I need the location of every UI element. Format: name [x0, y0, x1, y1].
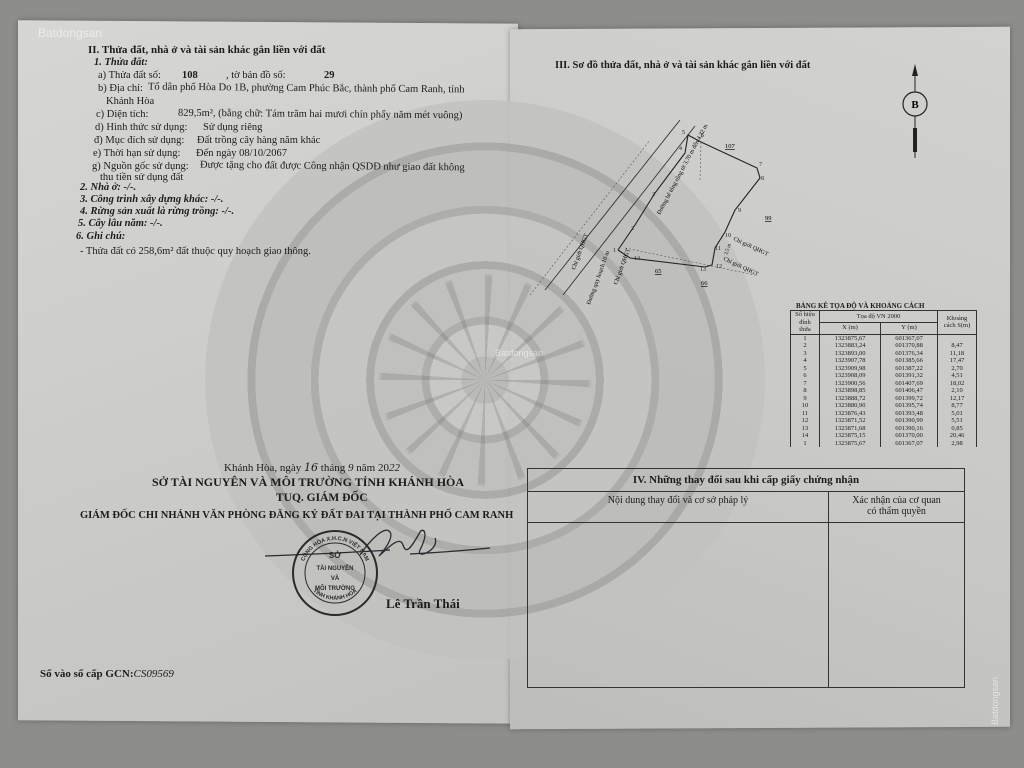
changes-col-content: Nội dung thay đổi và cơ sở pháp lý	[528, 492, 829, 522]
date-month-label: tháng	[321, 462, 345, 474]
col-x: X (m)	[820, 322, 881, 334]
term-value: Đến ngày 08/10/2067	[196, 148, 287, 160]
changes-content-cell[interactable]	[528, 523, 829, 687]
date-day: 16	[304, 461, 318, 474]
forest-item: 4. Rừng sản xuất là rừng trồng: -/-.	[80, 206, 234, 218]
address-label: b) Địa chỉ:	[98, 83, 143, 95]
date-year-label: năm 20	[356, 462, 389, 474]
coord-row: 111323876,43601393,485,01	[791, 410, 977, 418]
date-year: 22	[389, 462, 400, 474]
date-prefix: Khánh Hòa, ngày	[224, 462, 301, 474]
svg-text:8: 8	[761, 176, 764, 182]
note-item: - Thửa đất có 258,6m² đất thuộc quy hoạc…	[80, 246, 311, 258]
house-item: 2. Nhà ở: -/-.	[80, 182, 136, 194]
coord-row: 81323898,85601406,472,10	[791, 387, 977, 395]
term-label: e) Thời hạn sử dụng:	[93, 148, 180, 160]
confirm-line1: Xác nhận của cơ quan	[852, 495, 941, 506]
col-y: Y (m)	[881, 322, 938, 334]
svg-text:12: 12	[716, 264, 722, 270]
section4-title: IV. Những thay đổi sau khi cấp giấy chứn…	[528, 469, 964, 492]
svg-text:7: 7	[759, 162, 762, 168]
svg-text:1: 1	[613, 248, 616, 254]
coord-row: 11323875,67601367,072,98	[791, 440, 977, 448]
use-form-value: Sử dụng riêng	[203, 122, 262, 134]
map-sheet-label: , tờ bản đồ số:	[226, 70, 286, 82]
svg-text:Chỉ giới QHGT: Chỉ giới QHGT	[571, 233, 590, 271]
svg-text:107: 107	[725, 143, 736, 150]
changes-confirmation-cell[interactable]	[829, 523, 964, 687]
area-value: 829,5m², (bằng chữ: Tám trăm hai mươi ch…	[178, 108, 462, 122]
parcel-number: 108	[182, 70, 198, 82]
signing-place-date: Khánh Hòa, ngày 16 tháng 9 năm 2022	[224, 462, 400, 474]
coord-row: 71323900,56601407,6918,02	[791, 380, 977, 388]
coord-row: 91323888,72601399,7212,17	[791, 395, 977, 403]
svg-text:13: 13	[700, 267, 706, 273]
coord-row: 31323893,00601376,3411,18	[791, 350, 977, 358]
coord-row: 101323880,90601395,748,77	[791, 402, 977, 410]
changes-col-confirmation: Xác nhận của cơ quancó thẩm quyền	[829, 492, 964, 522]
date-month: 9	[348, 462, 354, 474]
purpose-value: Đất trồng cây hàng năm khác	[197, 135, 320, 147]
registry-number: Số vào sổ cấp GCN:CS09569	[40, 668, 174, 680]
coord-row: 21323883,24601370,888,47	[791, 342, 977, 350]
purpose-label: đ) Mục đích sử dụng:	[94, 135, 184, 147]
area-label: c) Diện tích:	[96, 109, 148, 121]
land-heading: 1. Thửa đất:	[94, 57, 148, 69]
svg-text:5: 5	[682, 130, 685, 136]
svg-text:9: 9	[738, 208, 741, 214]
svg-text:MÔI TRƯỜNG: MÔI TRƯỜNG	[315, 584, 355, 592]
coord-row: 61323908,09601391,324,51	[791, 372, 977, 380]
changes-table: IV. Những thay đổi sau khi cấp giấy chứn…	[527, 468, 965, 688]
watermark-logo-topleft: Batdongsan	[38, 26, 102, 40]
perennial-item: 5. Cây lâu năm: -/-.	[78, 218, 163, 230]
map-sheet-number: 29	[324, 70, 335, 82]
confirm-line2: có thẩm quyền	[867, 506, 926, 517]
address-line2: Khánh Hòa	[106, 96, 154, 108]
parcel-diagram: 1234567891011121314 Đường bê tông rộng t…	[555, 120, 815, 320]
svg-text:4: 4	[679, 146, 682, 152]
col-distance: Khoảng cách S(m)	[938, 311, 977, 335]
svg-text:Đường quy hoạch 10 m: Đường quy hoạch 10 m	[586, 250, 611, 306]
use-form-label: d) Hình thức sử dụng:	[95, 122, 187, 134]
svg-text:11: 11	[715, 246, 721, 252]
col-point: Số hiệu đỉnh thửa	[791, 311, 820, 335]
svg-text:Chỉ giới QHGT: Chỉ giới QHGT	[722, 256, 759, 278]
coord-row: 131323871,68601390,160,85	[791, 425, 977, 433]
coord-row: 41323907,78601385,6617,47	[791, 357, 977, 365]
svg-text:B: B	[911, 99, 919, 111]
svg-text:Chỉ giới QHGT: Chỉ giới QHGT	[732, 236, 769, 258]
svg-text:99: 99	[765, 215, 772, 222]
coord-row: 51323909,98601387,222,70	[791, 365, 977, 373]
coord-row: 141323875,15601370,0020,46	[791, 432, 977, 440]
coordinate-table: Số hiệu đỉnh thửa Tọa độ VN 2000 Khoảng …	[790, 310, 977, 447]
svg-text:Đường bê tông rộng từ 3,70 m đ: Đường bê tông rộng từ 3,70 m đến 4,32 m	[656, 123, 710, 216]
north-arrow-icon: B	[895, 62, 935, 162]
notes-heading: 6. Ghi chú:	[76, 231, 125, 243]
coord-row: 121323871,52601390,995,51	[791, 417, 977, 425]
svg-text:10: 10	[725, 233, 731, 239]
signer-name: Lê Trần Thái	[386, 598, 460, 610]
coord-row: 11323875,67601367,07	[791, 334, 977, 342]
registry-label: Số vào sổ cấp GCN:	[40, 668, 134, 680]
registry-value: CS09569	[134, 668, 174, 680]
section2-title: II. Thửa đất, nhà ở và tài sản khác gắn …	[88, 44, 325, 56]
other-construction-item: 3. Công trình xây dựng khác: -/-.	[80, 194, 223, 206]
on-behalf-title: TUQ. GIÁM ĐỐC	[276, 492, 368, 504]
svg-text:3: 3	[652, 192, 655, 198]
svg-text:14: 14	[634, 256, 640, 262]
svg-text:65: 65	[655, 268, 662, 275]
watermark-logo-center: Batdongsan	[495, 348, 543, 358]
svg-text:66: 66	[701, 280, 708, 287]
agency-name: SỞ TÀI NGUYÊN VÀ MÔI TRƯỜNG TỈNH KHÁNH H…	[152, 476, 464, 488]
parcel-label: a) Thửa đất số:	[98, 70, 161, 82]
section3-title: III. Sơ đồ thửa đất, nhà ở và tài sản kh…	[555, 60, 810, 72]
watermark-logo-bottomright: Batdongsan	[990, 677, 1000, 725]
svg-text:2: 2	[631, 226, 634, 232]
svg-text:2,5 m: 2,5 m	[724, 243, 733, 256]
handwritten-signature	[260, 520, 500, 580]
col-system: Tọa độ VN 2000	[820, 311, 938, 323]
